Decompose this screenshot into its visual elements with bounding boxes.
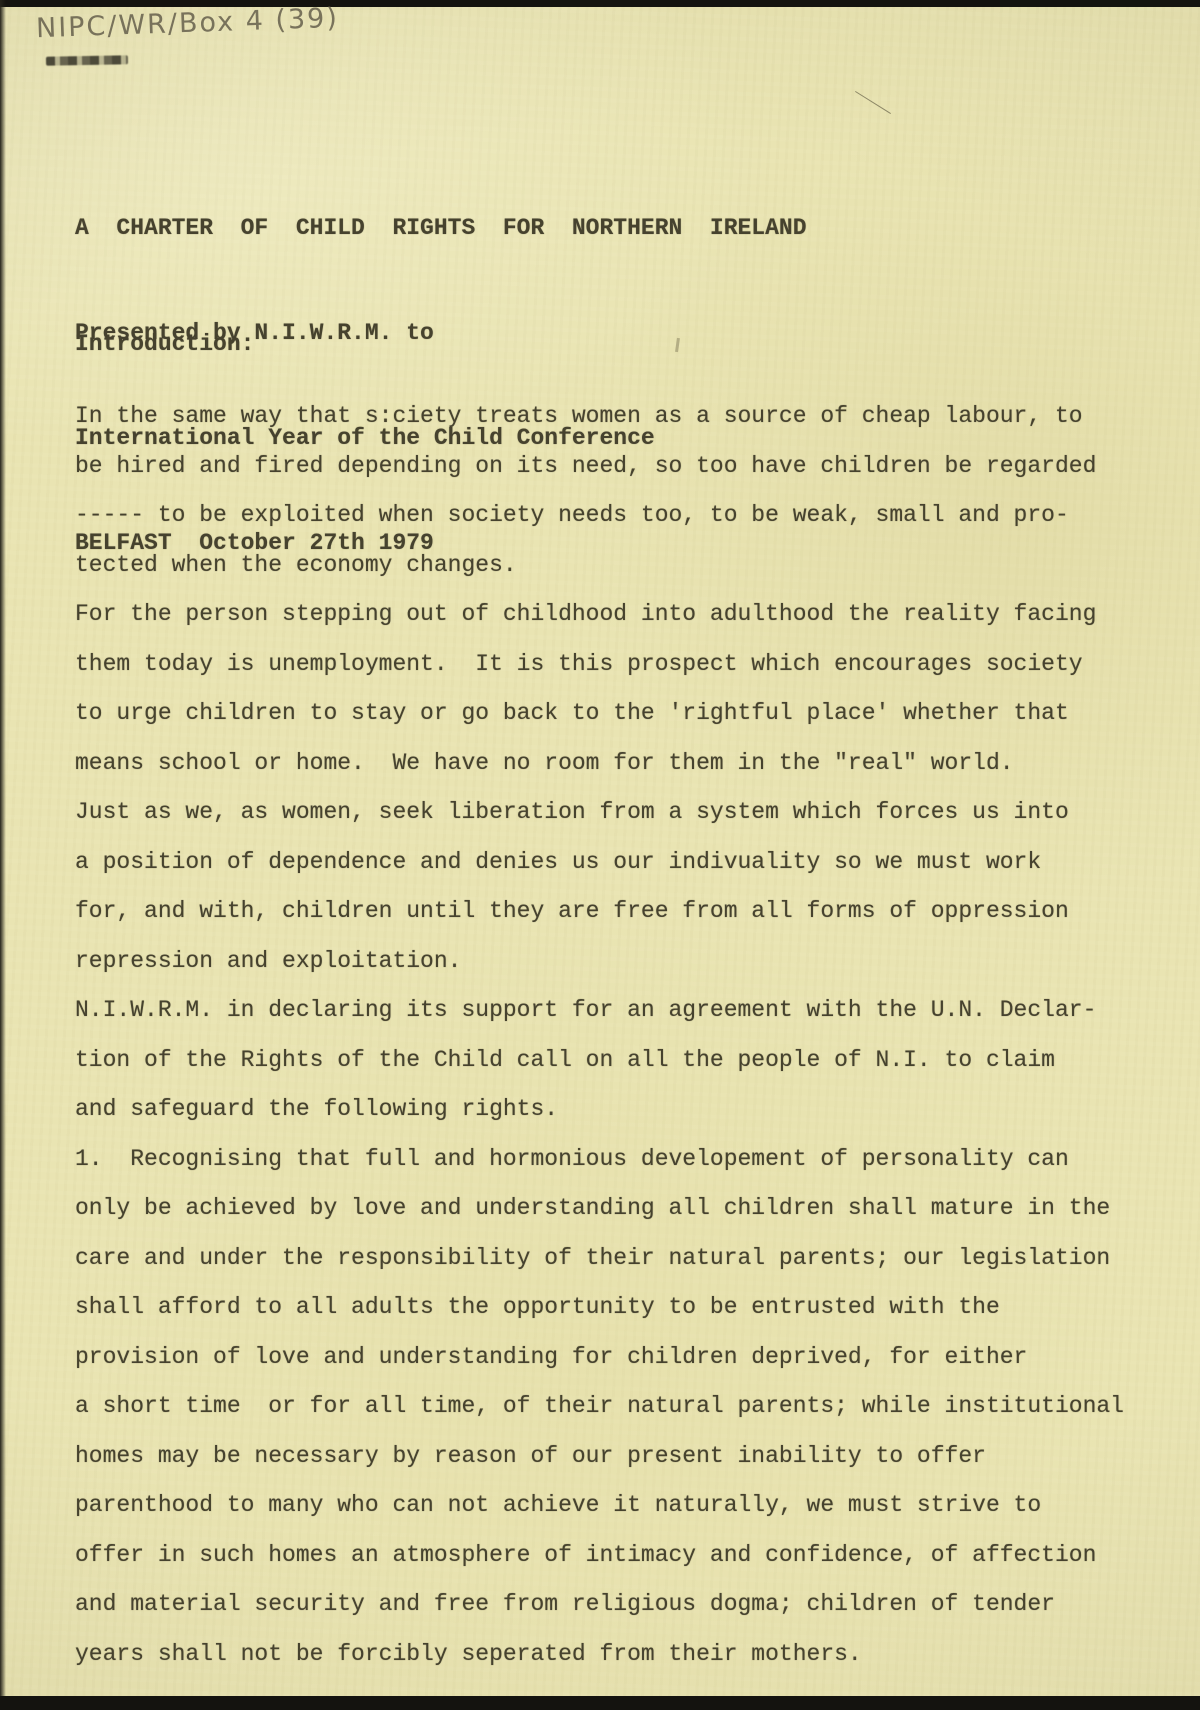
body-text-line: them today is unemployment. It is this p… — [75, 640, 1124, 690]
body-text-line: a short time or for all time, of their n… — [75, 1382, 1124, 1432]
body-text-line: tion of the Rights of the Child call on … — [75, 1036, 1124, 1086]
body-text-line: be hired and fired depending on its need… — [75, 442, 1124, 492]
body-text-line: and safeguard the following rights. — [75, 1085, 1124, 1135]
body-text-line: ----- to be exploited when society needs… — [75, 491, 1124, 541]
body-text-line: care and under the responsibility of the… — [75, 1234, 1124, 1284]
body-text-line: and material security and free from reli… — [75, 1580, 1124, 1630]
body-text-line: years shall not be forcibly seperated fr… — [75, 1630, 1124, 1680]
body-text-line: provision of love and understanding for … — [75, 1333, 1124, 1383]
body-text-line: For the person stepping out of childhood… — [75, 590, 1124, 640]
body-text-line: offer in such homes an atmosphere of int… — [75, 1531, 1124, 1581]
body-text-line: tected when the economy changes. — [75, 541, 1124, 591]
body-text-line: homes may be necessary by reason of our … — [75, 1432, 1124, 1482]
body-text: In the same way that s:ciety treats wome… — [75, 392, 1124, 1679]
body-text-line: N.I.W.R.M. in declaring its support for … — [75, 986, 1124, 1036]
body-text-line: only be achieved by love and understandi… — [75, 1184, 1124, 1234]
body-text-line: shall afford to all adults the opportuni… — [75, 1283, 1124, 1333]
scan-edge-bottom — [0, 1696, 1200, 1710]
document-title: A CHARTER OF CHILD RIGHTS FOR NORTHERN I… — [75, 211, 807, 246]
body-text-line: to urge children to stay or go back to t… — [75, 689, 1124, 739]
crossed-out-smudge — [46, 55, 128, 65]
body-text-line: In the same way that s:ciety treats wome… — [75, 392, 1124, 442]
scan-edge-left — [0, 0, 6, 1710]
introduction-heading: Introduction: — [75, 331, 254, 357]
body-text-line: for, and with, children until they are f… — [75, 887, 1124, 937]
body-text-line: means school or home. We have no room fo… — [75, 739, 1124, 789]
body-text-line: a position of dependence and denies us o… — [75, 838, 1124, 888]
body-text-line: repression and exploitation. — [75, 937, 1124, 987]
scan-edge-top — [0, 0, 1200, 7]
body-text-line: 1. Recognising that full and hormonious … — [75, 1135, 1124, 1185]
body-text-line: parenthood to many who can not achieve i… — [75, 1481, 1124, 1531]
body-text-line: Just as we, as women, seek liberation fr… — [75, 788, 1124, 838]
scanned-document-page: { "page": { "archive_annotation": "NIPC/… — [0, 0, 1200, 1710]
